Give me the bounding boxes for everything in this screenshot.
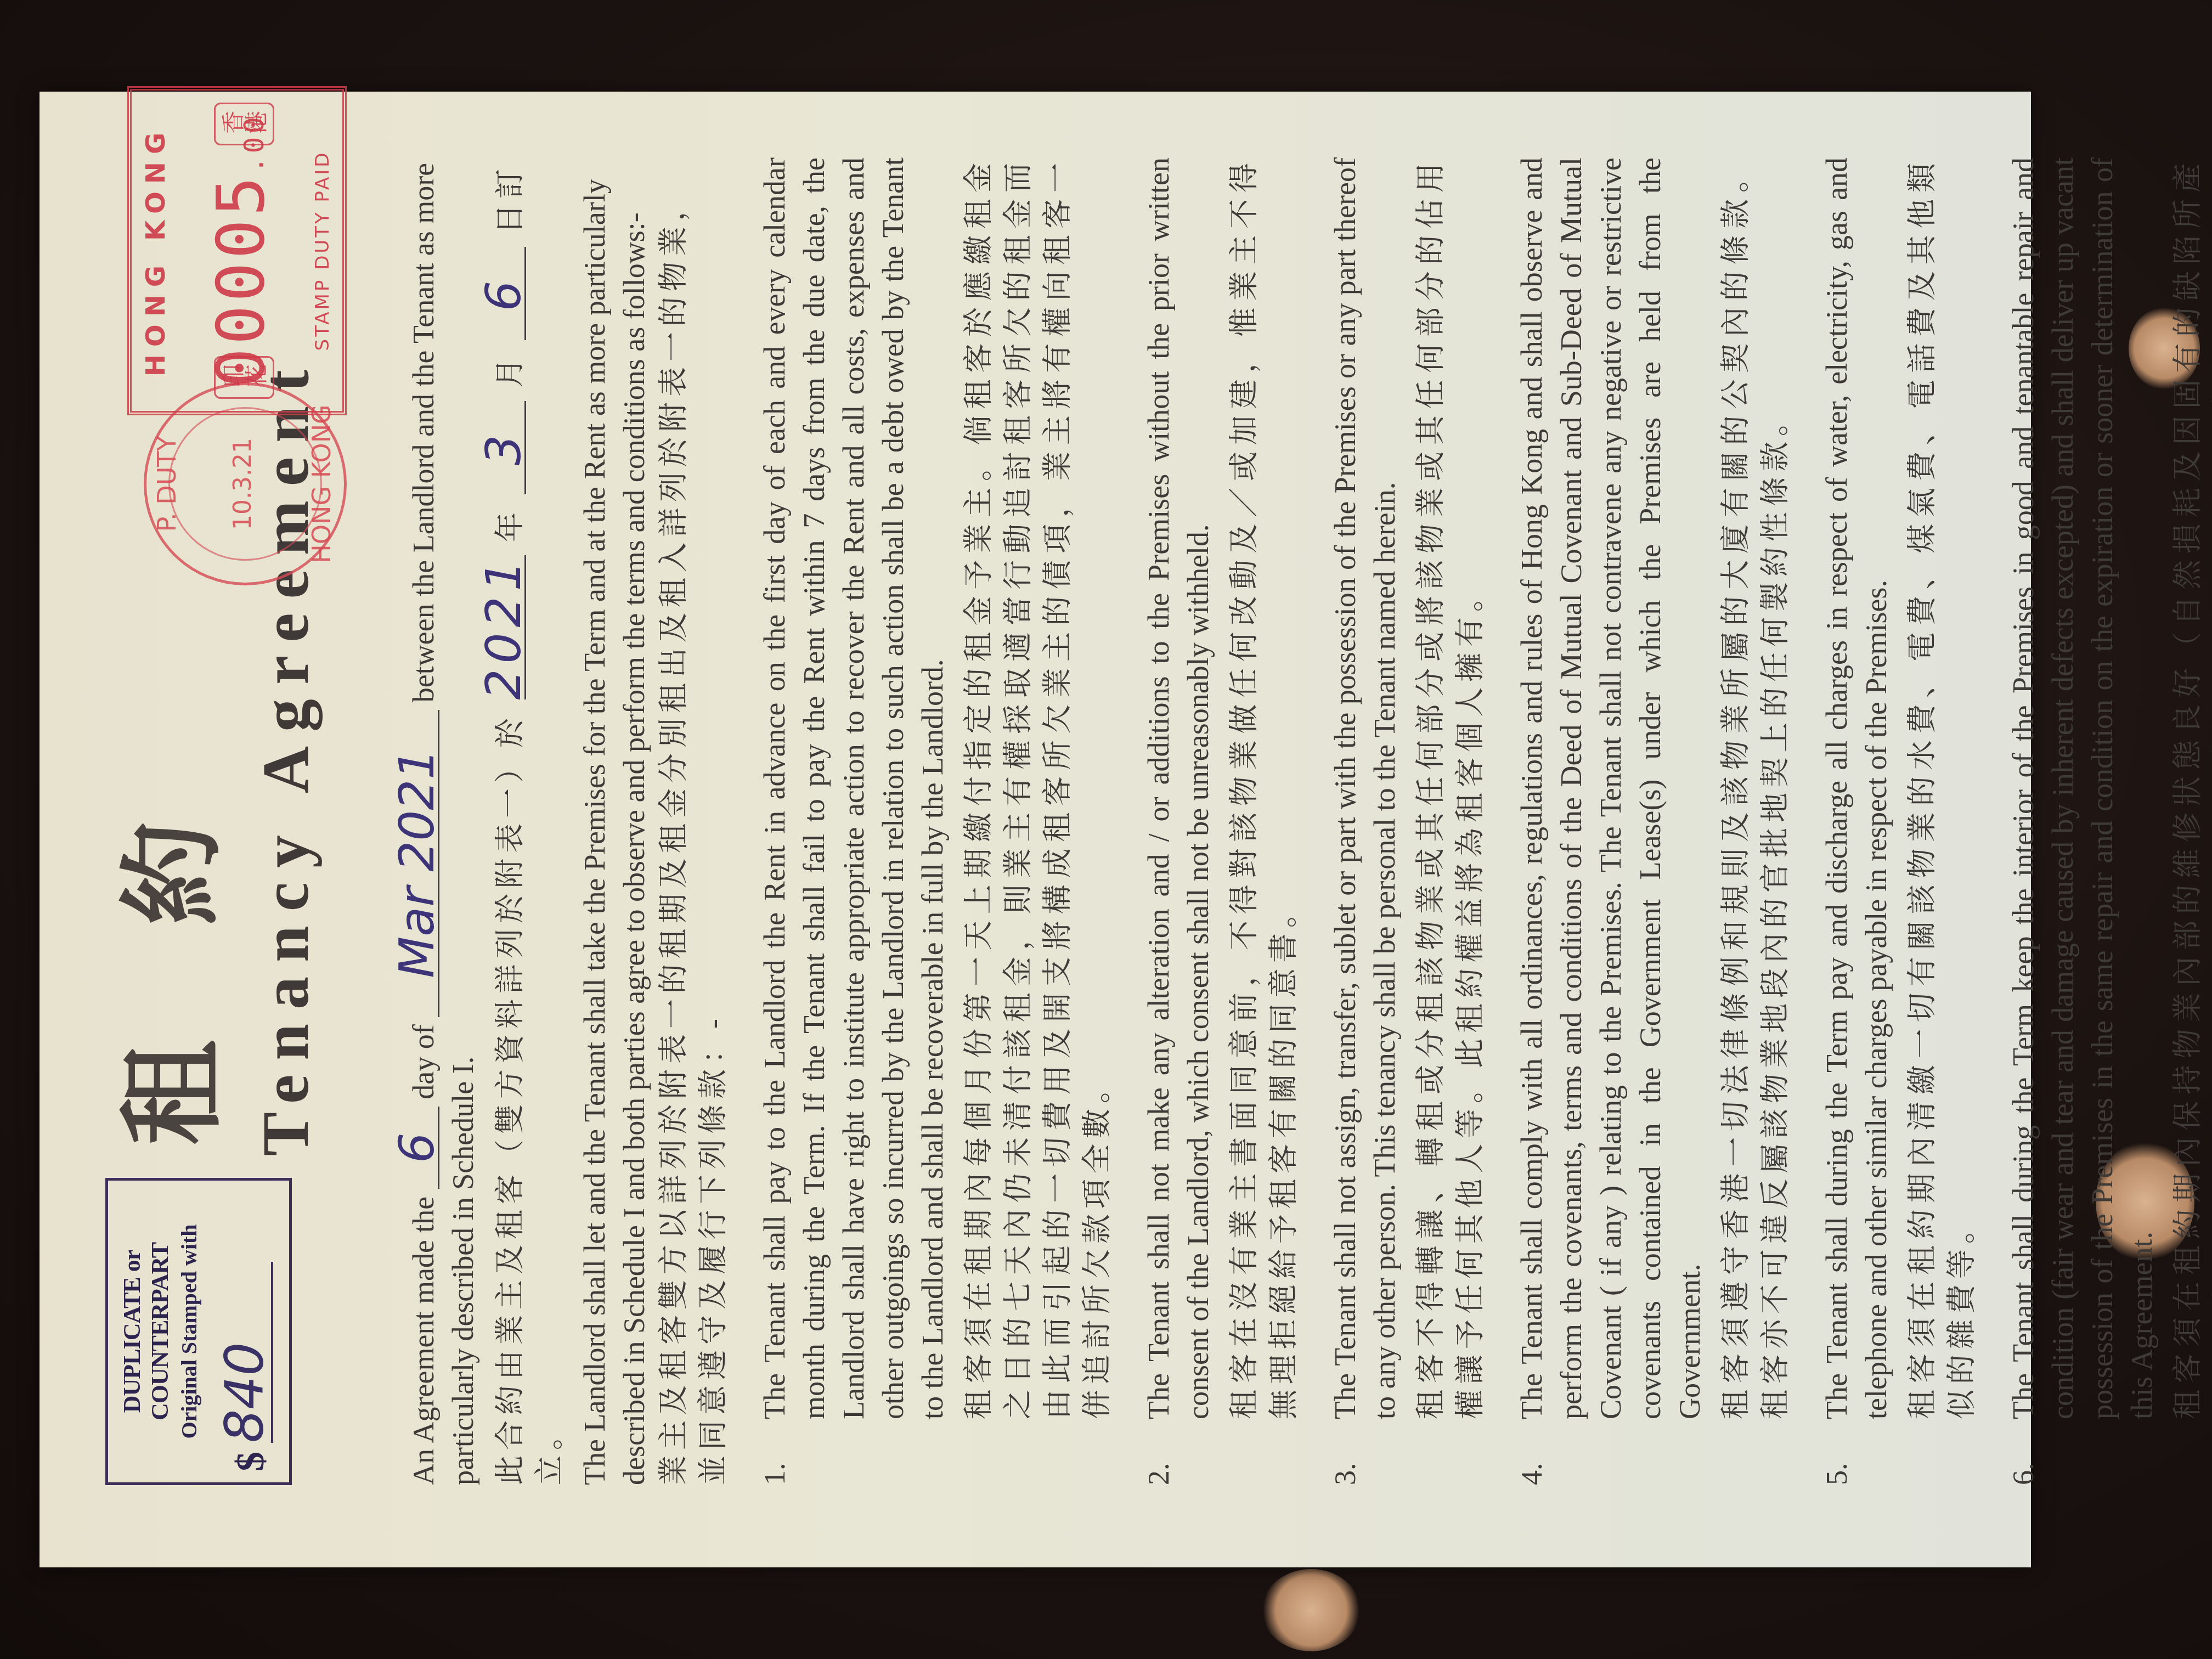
clause-item: 2.The Tenant shall not make any alterati… — [1139, 157, 1304, 1485]
clause-en: The Tenant shall during the Term pay and… — [1817, 157, 1896, 1419]
title-chinese: 租約 — [89, 706, 239, 1145]
agreement-body: An Agreement made the 6 day of Mar 2021 … — [396, 157, 2212, 1485]
franking-footer: STAMP DUTY PAID — [312, 91, 334, 411]
clause-text: The Tenant shall comply with all ordinan… — [1512, 157, 1795, 1419]
intro-para2-en: The Landlord shall let and the Tenant sh… — [575, 157, 654, 1485]
stamp-duty-franking: HONG KONG 印花 00005.00 香港 STAMP DUTY PAID — [127, 86, 347, 415]
clause-en: The Tenant shall comply with all ordinan… — [1512, 157, 1709, 1419]
clause-number: 2. — [1139, 1419, 1304, 1485]
clause-item: 6.The Tenant shall during the Term keep … — [2004, 157, 2212, 1485]
document-header: DUPLICATE or COUNTERPART Original Stampe… — [89, 157, 396, 1485]
handwritten-month-year: Mar 2021 — [396, 710, 439, 1017]
intro-zh: 此合約由業主及租客（雙方資料詳列於附表一）於 2021 年 3 月 6 日訂立。 — [483, 157, 569, 1485]
clause-en: The Tenant shall not assign, transfer, s… — [1325, 157, 1404, 1419]
handwritten-day-zh: 6 — [483, 247, 526, 340]
clause-en: The Tenant shall pay to the Landlord the… — [755, 157, 952, 1419]
clause-en: The Tenant shall not make any alteration… — [1139, 157, 1218, 1419]
clause-item: 4.The Tenant shall comply with all ordin… — [1512, 157, 1795, 1485]
clause-text: The Tenant shall not make any alteration… — [1139, 157, 1304, 1419]
clause-text: The Tenant shall pay to the Landlord the… — [755, 157, 1117, 1419]
clause-zh: 租客不得轉讓、轉租或分租該物業或其任何部分或將該物業或其任何部分的佔用權讓予任何… — [1411, 157, 1490, 1419]
clause-item: 5.The Tenant shall during the Term pay a… — [1817, 157, 1982, 1485]
clause-zh: 租客須在租約期內清繳一切有關該物業的水費、電費、煤氣費、電話費及其他類似的雜費等… — [1903, 157, 1982, 1419]
clause-text: The Tenant shall not assign, transfer, s… — [1325, 157, 1490, 1419]
handwritten-day: 6 — [396, 1107, 439, 1189]
currency-symbol: $ — [228, 1452, 273, 1471]
clause-number: 6. — [2004, 1419, 2212, 1485]
stamp-amount-value: 840 — [218, 1262, 273, 1443]
franking-right-cn: 香港 — [214, 103, 274, 145]
tenancy-agreement-page: DUPLICATE or COUNTERPART Original Stampe… — [39, 92, 2031, 1567]
intro-en: An Agreement made the 6 day of Mar 2021 … — [396, 157, 483, 1485]
clause-number: 4. — [1512, 1419, 1795, 1485]
clause-item: 3.The Tenant shall not assign, transfer,… — [1325, 157, 1490, 1485]
clause-zh: 租客須在租約期內保持物業內部的維修狀態良好（自然損耗及因固有的缺陷所產生的損壞除… — [2168, 157, 2212, 1419]
handwritten-year-zh: 2021 — [483, 555, 526, 700]
clause-number: 1. — [755, 1419, 1117, 1485]
handwritten-month-zh: 3 — [483, 401, 526, 494]
clause-en: The Tenant shall during the Term keep th… — [2004, 157, 2162, 1419]
duplicate-label: DUPLICATE or COUNTERPART — [118, 1192, 174, 1471]
table-surface-mark — [1262, 1569, 1361, 1651]
clause-zh: 租客須在租期內每個月份第一天上期繳付指定的租金予業主。倘租客於應繳租金之日的七天… — [959, 157, 1117, 1419]
original-stamped-label: Original Stamped with — [176, 1192, 202, 1471]
clause-zh: 租客在沒有業主書面同意前，不得對該物業做任何改動及／或加建，惟業主不得無理拒絕給… — [1224, 157, 1304, 1419]
clause-text: The Tenant shall during the Term keep th… — [2004, 157, 2212, 1419]
stamp-amount: $ 840 — [218, 1192, 273, 1471]
clause-item: 1.The Tenant shall pay to the Landlord t… — [755, 157, 1117, 1485]
clause-number: 5. — [1817, 1419, 1982, 1485]
duplicate-stamp-box: DUPLICATE or COUNTERPART Original Stampe… — [105, 1178, 292, 1485]
clause-zh: 租客須遵守香港一切法律條例和規則及該物業所屬的大廈有關的公契內的條款。租客亦不可… — [1716, 157, 1795, 1419]
franking-header: HONG KONG — [140, 91, 171, 411]
clause-text: The Tenant shall during the Term pay and… — [1817, 157, 1982, 1419]
clause-number: 3. — [1325, 1419, 1490, 1485]
intro-para2-zh: 業主及租客雙方以詳列於附表一的租期及租金分別租出及租入詳列於附表一的物業，並同意… — [654, 157, 733, 1485]
clause-list: 1.The Tenant shall pay to the Landlord t… — [755, 157, 2212, 1485]
